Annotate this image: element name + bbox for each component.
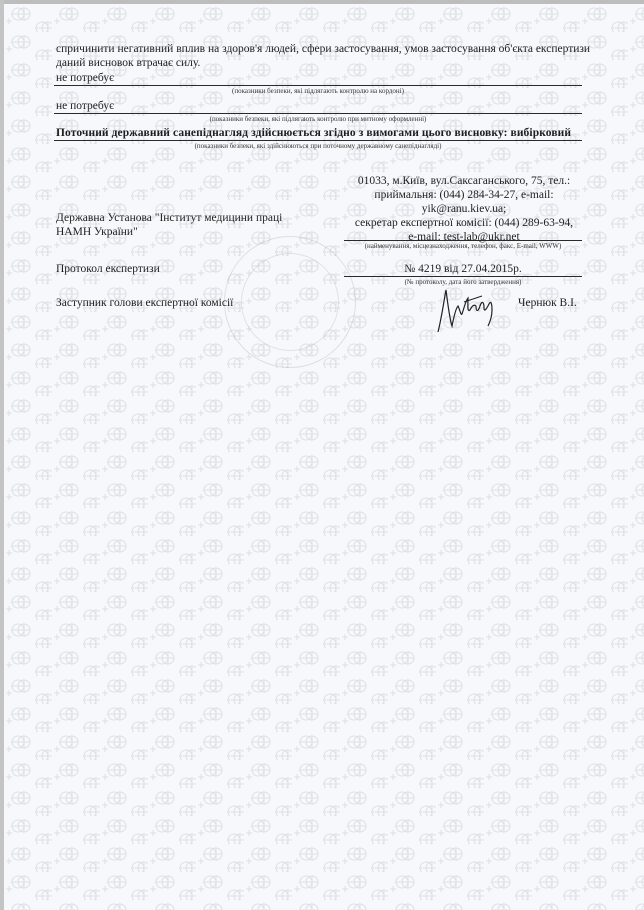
current-supervision-underline (54, 140, 582, 141)
protocol-underline (344, 276, 582, 277)
signatory-title: Заступник голови експертної комісії (56, 296, 233, 310)
protocol-value: № 4219 від 27.04.2015р. (344, 262, 582, 276)
protocol-label: Протокол експертизи (56, 262, 160, 276)
institution-address: 01033, м.Київ, вул.Саксаганського, 75, т… (344, 174, 584, 244)
border-control-caption: (показники безпеки, які підлягають контр… (54, 87, 582, 96)
institution-name-line-1: Державна Установа "Інститут медицини пра… (56, 211, 282, 225)
address-line-1: 01033, м.Київ, вул.Саксаганського, 75, т… (344, 174, 584, 188)
current-supervision-value: Поточний державний санепіднагляд здійсню… (56, 126, 571, 140)
border-control-value: не потребує (56, 71, 114, 85)
institution-underline (344, 240, 582, 241)
address-line-2: приймальня: (044) 284-34-27, e-mail: (344, 188, 584, 202)
customs-control-underline (54, 113, 582, 114)
address-line-3: yik@ranu.kiev.ua; (344, 202, 584, 216)
current-supervision-caption: (показники безпеки, які здійснюються при… (54, 142, 582, 151)
stamp-inner-ring (241, 253, 339, 351)
intro-text-line-2: даний висновок втрачає силу. (56, 56, 200, 70)
official-stamp (224, 236, 356, 368)
customs-control-caption: (показники безпеки, які підлягають контр… (54, 115, 582, 124)
address-line-4: секретар експертної комісії: (044) 289-6… (344, 216, 584, 230)
customs-control-value: не потребує (56, 99, 114, 113)
border-control-underline (54, 85, 582, 86)
institution-caption: (найменування, місцезнаходження, телефон… (344, 242, 582, 251)
signature-mark (434, 286, 514, 336)
document-page: спричинити негативний вплив на здоров'я … (4, 4, 644, 910)
signatory-name: Чернюк В.І. (518, 296, 577, 310)
institution-name-line-2: НАМН України" (56, 225, 138, 239)
intro-text-line-1: спричинити негативний вплив на здоров'я … (56, 42, 590, 56)
